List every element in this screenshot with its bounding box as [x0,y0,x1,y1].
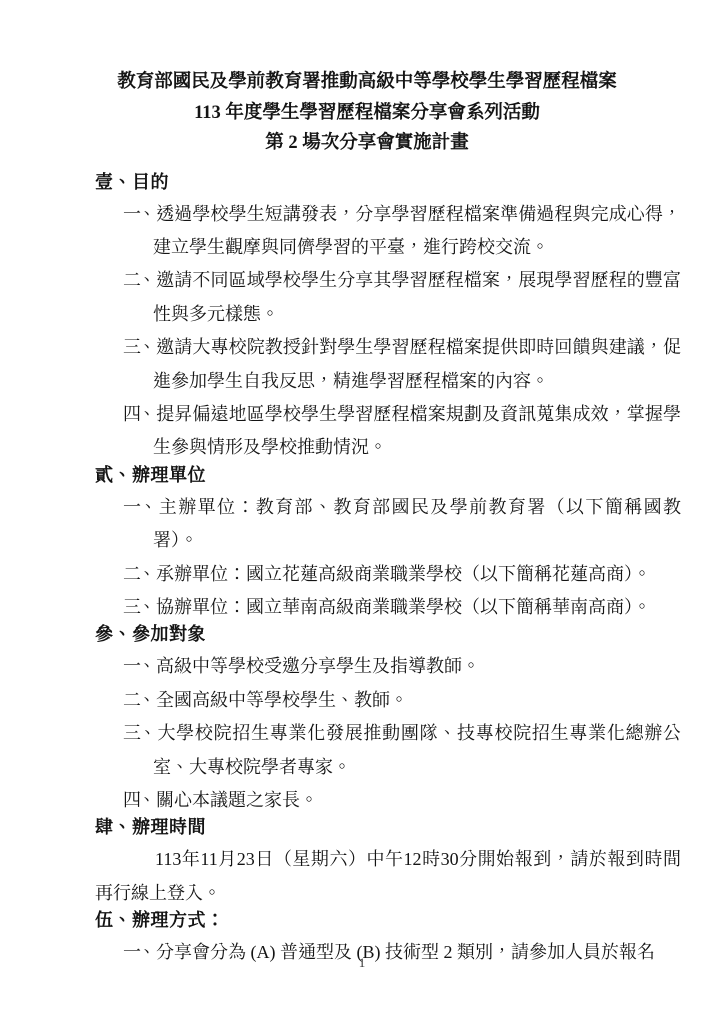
section-heading-method: 伍、辦理方式： [95,910,681,930]
section-heading-participants: 參、參加對象 [95,624,681,644]
item-text: 邀請不同區域學校學生分享其學習歷程檔案，展現學習歷程的豐富性與多元樣態。 [153,270,681,323]
section-heading-time: 肆、辦理時間 [95,817,681,837]
document-page: 教育部國民及學前教育署推動高級中等學校學生學習歷程檔案 113 年度學生學習歷程… [0,0,724,1024]
section-organizers: 貳、辦理單位 一、主辦單位：教育部、教育部國民及學前教育署（以下簡稱國教署）。 … [95,465,681,625]
item-marker: 一、 [123,656,156,676]
item-marker: 三、 [123,337,156,357]
time-paragraph: 113年11月23日（星期六）中午12時30分開始報到，請於報到時間再行線上登入… [95,843,681,910]
item-text: 透過學校學生短講發表，分享學習歷程檔案準備過程與完成心得，建立學生觀摩與同儕學習… [153,204,681,257]
item-marker: 二、 [123,690,156,710]
item-text: 關心本議題之家長。 [156,790,318,810]
item-marker: 四、 [123,790,156,810]
item-marker: 一、 [123,497,159,517]
list-item: 三、邀請大專校院教授針對學生學習歷程檔案提供即時回饋與建議，促進參加學生自我反思… [95,331,681,398]
item-text: 全國高級中等學校學生、教師。 [156,690,408,710]
list-item: 二、承辦單位：國立花蓮高級商業職業學校（以下簡稱花蓮高商）。 [95,558,681,591]
section-participants: 參、參加對象 一、高級中等學校受邀分享學生及指導教師。 二、全國高級中等學校學生… [95,624,681,817]
item-text: 高級中等學校受邀分享學生及指導教師。 [156,656,480,676]
list-item: 一、透過學校學生短講發表，分享學習歷程檔案準備過程與完成心得，建立學生觀摩與同儕… [95,198,681,265]
item-text: 協辦單位：國立華南高級商業職業學校（以下簡稱華南高商）。 [156,597,651,617]
item-text: 提昇偏遠地區學校學生學習歷程檔案規劃及資訊蒐集成效，掌握學生參與情形及學校推動情… [153,404,681,457]
list-item: 三、大學校院招生專業化發展推動團隊、技專校院招生專業化總辦公室、大專校院學者專家… [95,717,681,784]
list-item: 四、提昇偏遠地區學校學生學習歷程檔案規劃及資訊蒐集成效，掌握學生參與情形及學校推… [95,398,681,465]
list-item: 二、全國高級中等學校學生、教師。 [95,684,681,717]
item-text: 主辦單位：教育部、教育部國民及學前教育署（以下簡稱國教署）。 [153,497,681,550]
item-text: 大學校院招生專業化發展推動團隊、技專校院招生專業化總辦公室、大專校院學者專家。 [153,723,681,776]
document-title: 教育部國民及學前教育署推動高級中等學校學生學習歷程檔案 113 年度學生學習歷程… [95,67,639,159]
item-marker: 二、 [123,564,156,584]
section-time: 肆、辦理時間 113年11月23日（星期六）中午12時30分開始報到，請於報到時… [95,817,681,910]
section-heading-purpose: 壹、目的 [95,172,681,192]
section-purpose: 壹、目的 一、透過學校學生短講發表，分享學習歷程檔案準備過程與完成心得，建立學生… [95,172,681,465]
title-line-1: 教育部國民及學前教育署推動高級中等學校學生學習歷程檔案 [95,67,639,98]
section-heading-organizers: 貳、辦理單位 [95,465,681,485]
item-text: 承辦單位：國立花蓮高級商業職業學校（以下簡稱花蓮高商）。 [156,564,651,584]
item-text: 邀請大專校院教授針對學生學習歷程檔案提供即時回饋與建議，促進參加學生自我反思，精… [153,337,681,390]
list-item: 三、協辦單位：國立華南高級商業職業學校（以下簡稱華南高商）。 [95,591,681,624]
page-number: 1 [0,955,724,971]
item-marker: 三、 [123,723,157,743]
list-item: 四、關心本議題之家長。 [95,784,681,817]
list-item: 一、高級中等學校受邀分享學生及指導教師。 [95,650,681,683]
item-marker: 三、 [123,597,156,617]
title-line-2: 113 年度學生學習歷程檔案分享會系列活動 [95,98,639,129]
item-marker: 二、 [123,270,156,290]
item-marker: 四、 [123,404,156,424]
list-item: 二、邀請不同區域學校學生分享其學習歷程檔案，展現學習歷程的豐富性與多元樣態。 [95,264,681,331]
item-marker: 一、 [123,204,156,224]
title-line-3: 第 2 場次分享會實施計畫 [95,128,639,159]
list-item: 一、主辦單位：教育部、教育部國民及學前教育署（以下簡稱國教署）。 [95,491,681,558]
document-body: 壹、目的 一、透過學校學生短講發表，分享學習歷程檔案準備過程與完成心得，建立學生… [95,172,681,970]
